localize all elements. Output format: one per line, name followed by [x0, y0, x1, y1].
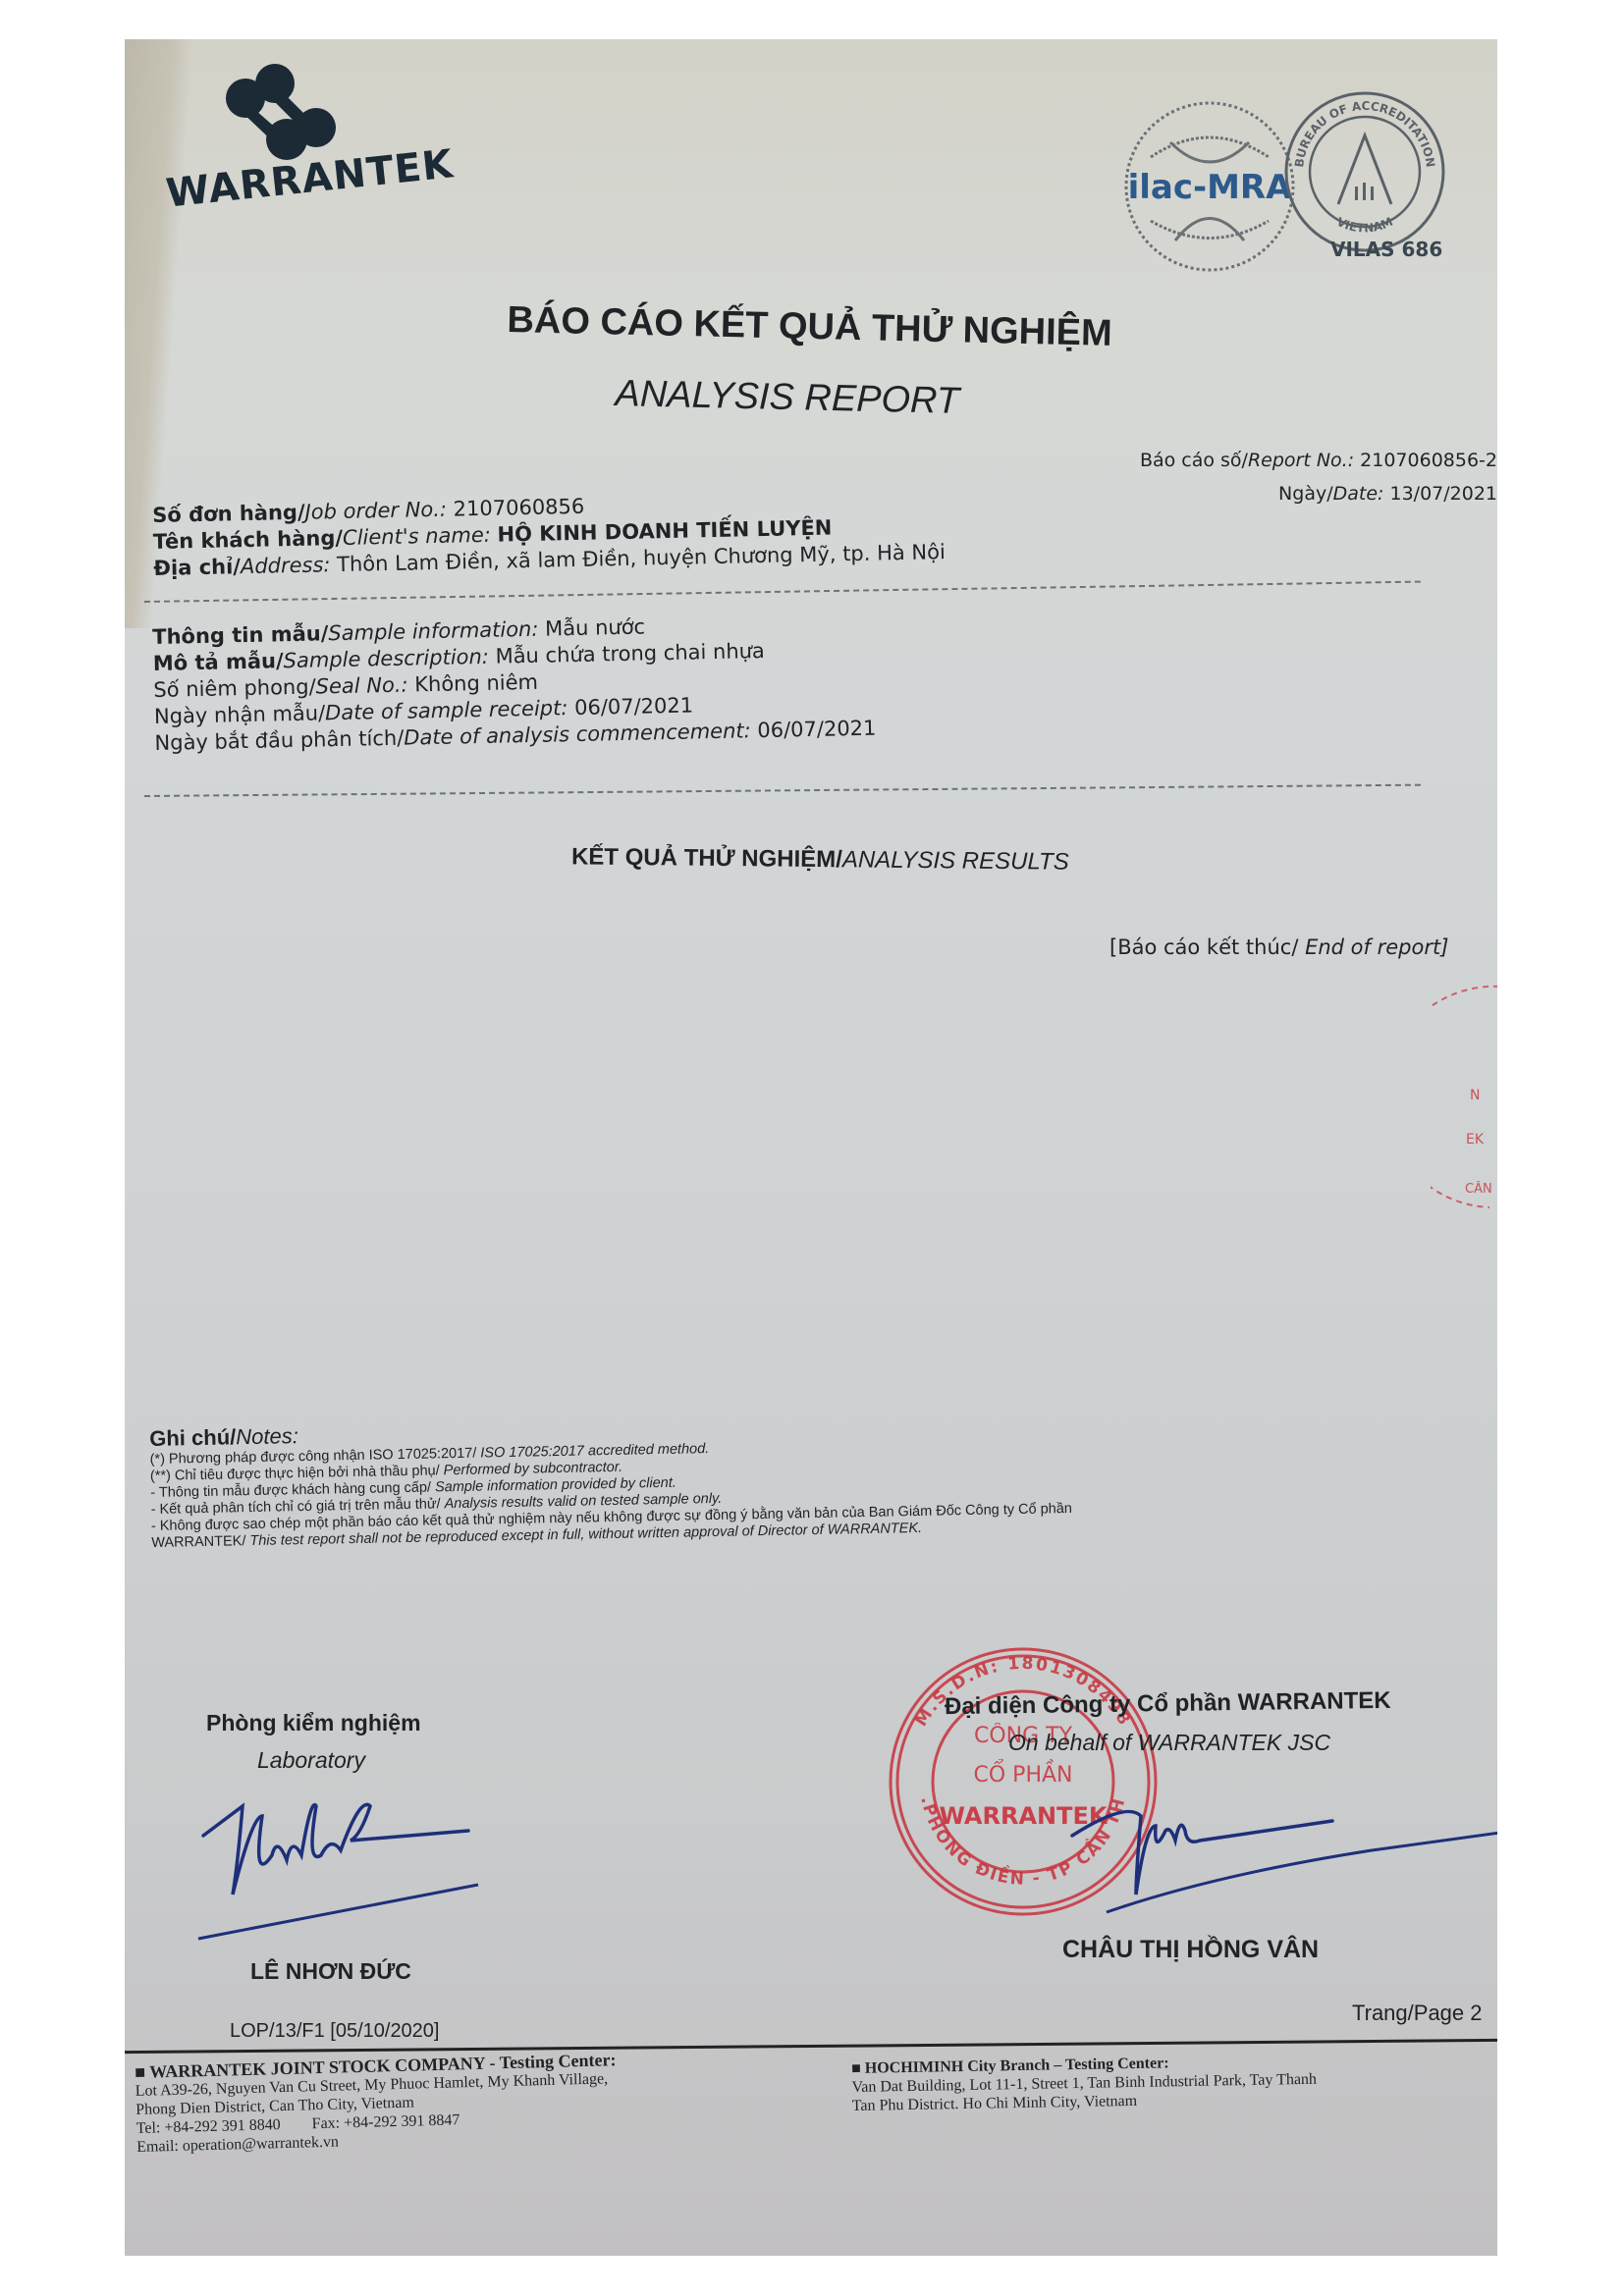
sample-info-label-vn: Thông tin mẫu/: [152, 621, 329, 649]
document-photo: WARRANTEK ilac-MRA BUREAU OF ACCREDITATI…: [125, 39, 1497, 2256]
stamp-line-2: CỔ PHẦN: [974, 1759, 1073, 1788]
divider: [144, 784, 1421, 797]
address-label-vn: Địa chỉ/: [153, 555, 241, 580]
client-label-vn: Tên khách hàng/: [153, 526, 344, 554]
note-text-en: ISO 17025:2017 accredited method.: [480, 1441, 709, 1461]
job-order-label-en: Job order No.:: [304, 498, 447, 524]
notes-title-en: Notes:: [236, 1423, 298, 1449]
results-title: KẾT QUẢ THỬ NGHIỆM/ANALYSIS RESULTS: [571, 843, 1069, 876]
svg-text:CÂN: CÂN: [1465, 1181, 1492, 1197]
commence-label-en: Date of analysis commencement:: [404, 719, 751, 749]
company-signer-name: CHÂU THỊ HỒNG VÂN: [1062, 1936, 1319, 1964]
job-order-value: 2107060856: [453, 495, 584, 521]
date-label-en: Date:: [1333, 483, 1384, 505]
lab-signer-name: LÊ NHƠN ĐỨC: [250, 1958, 411, 1985]
form-code: LOP/13/F1 [05/10/2020]: [230, 2020, 440, 2043]
results-title-vn: KẾT QUẢ THỬ NGHIỆM/: [571, 843, 842, 873]
client-label-en: Client's name:: [343, 523, 491, 550]
sample-desc-value: Mẫu chứa trong chai nhựa: [495, 639, 765, 668]
company-title-vn: Đại diện Công ty Cổ phần WARRANTEK: [945, 1687, 1391, 1721]
report-no-value: 2107060856-2: [1360, 450, 1497, 471]
date-value: 13/07/2021: [1389, 483, 1497, 505]
sample-block: Thông tin mẫu/Sample information: Mẫu nư…: [152, 610, 877, 757]
report-title-vn: BÁO CÁO KẾT QUẢ THỬ NGHIỆM: [507, 299, 1112, 355]
end-of-report: [Báo cáo kết thúc/ End of report]: [1109, 935, 1448, 959]
note-text-vn: WARRANTEK/: [151, 1533, 249, 1551]
partial-stamp-icon: N EK CÂN: [1431, 982, 1497, 1217]
svg-text:N: N: [1470, 1088, 1480, 1103]
receipt-label-en: Date of sample receipt:: [325, 696, 568, 724]
footer-hq: ■ WARRANTEK JOINT STOCK COMPANY - Testin…: [135, 2051, 619, 2157]
divider: [144, 581, 1421, 603]
report-date: Ngày/Date: 13/07/2021: [1278, 483, 1497, 505]
lab-title-en: Laboratory: [257, 1747, 365, 1774]
notes-title-vn: Ghi chú/: [149, 1424, 236, 1451]
sample-info-label-en: Sample information:: [328, 617, 539, 645]
lab-signature-icon: [193, 1777, 508, 1944]
date-label-vn: Ngày/: [1278, 483, 1333, 505]
end-of-report-vn: [Báo cáo kết thúc/: [1109, 935, 1298, 959]
address-label-en: Address:: [241, 553, 331, 578]
end-of-report-en: End of report]: [1305, 935, 1448, 959]
footer-branch: ■ HOCHIMINH City Branch – Testing Center…: [851, 2052, 1317, 2115]
company-signature-icon: [1067, 1787, 1497, 1914]
warrantek-logo-icon: [218, 59, 355, 167]
boa-country: VIETNAM: [1334, 215, 1395, 236]
report-title-en: ANALYSIS REPORT: [615, 373, 959, 423]
commence-date-value: 06/07/2021: [757, 717, 877, 743]
footer-fax: Fax: +84-292 391 8847: [311, 2111, 460, 2132]
svg-text:EK: EK: [1466, 1132, 1485, 1148]
receipt-label-vn: Ngày nhận mẫu/: [154, 701, 326, 728]
receipt-date-value: 06/07/2021: [574, 693, 694, 720]
client-block: Số đơn hàng/Job order No.: 2107060856 Tê…: [152, 486, 946, 582]
sample-desc-label-en: Sample description:: [283, 645, 489, 672]
sample-info-value: Mẫu nước: [545, 614, 645, 640]
seal-value: Không niêm: [414, 670, 538, 697]
page-number: Trang/Page 2: [1352, 2001, 1483, 2026]
ilac-mra-logo-icon: ilac-MRA: [1111, 88, 1308, 285]
job-order-label-vn: Số đơn hàng/: [152, 501, 305, 527]
boa-seal-icon: BUREAU OF ACCREDITATION VIETNAM: [1281, 88, 1448, 255]
commence-label-vn: Ngày bắt đầu phân tích/: [154, 726, 404, 755]
results-title-en: ANALYSIS RESULTS: [842, 846, 1069, 875]
vilas-code: VILAS 686: [1330, 238, 1442, 261]
company-title-en: On behalf of WARRANTEK JSC: [1008, 1730, 1330, 1756]
notes-block: Ghi chú/Notes: (*) Phương pháp được công…: [149, 1409, 1072, 1552]
report-number: Báo cáo số/Report No.: 2107060856-2: [1140, 450, 1497, 471]
report-no-label-en: Report No.:: [1248, 450, 1354, 471]
sample-desc-label-vn: Mô tả mẫu/: [153, 649, 284, 675]
seal-label-vn: Số niêm phong/: [153, 675, 316, 702]
lab-title-vn: Phòng kiểm nghiệm: [206, 1710, 421, 1736]
svg-text:VIETNAM: VIETNAM: [1334, 215, 1395, 236]
report-no-label-vn: Báo cáo số/: [1140, 450, 1248, 471]
ilac-label: ilac-MRA: [1128, 168, 1293, 207]
seal-label-en: Seal No.:: [315, 673, 407, 699]
